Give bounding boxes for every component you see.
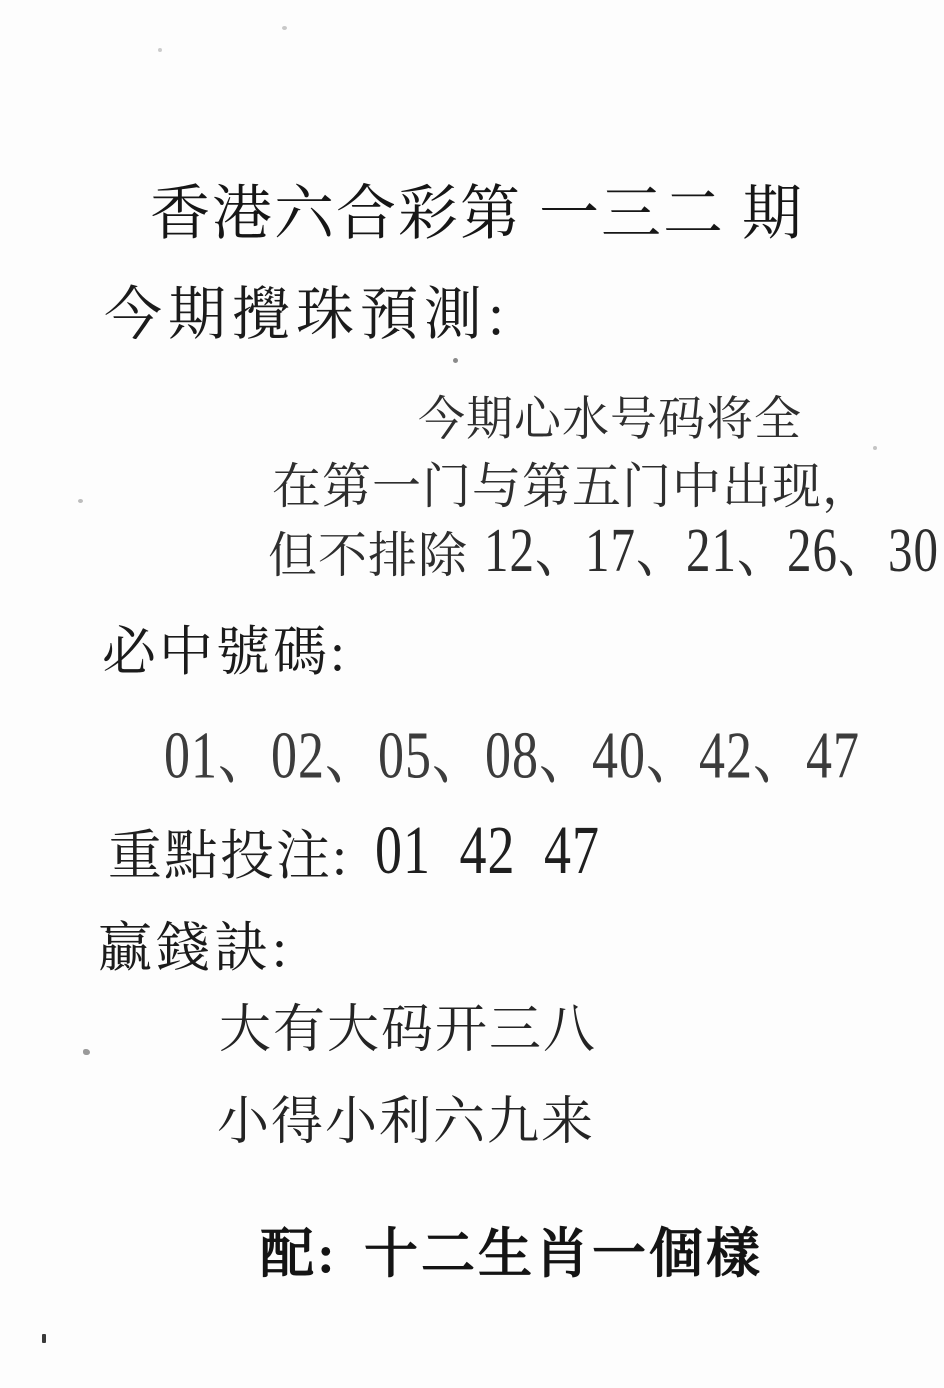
scan-speck	[42, 1334, 46, 1343]
scan-speck	[453, 358, 458, 363]
lottery-forecast-page: 香港六合彩第 一三二 期 今期攪珠預測: 今期心水号码将全 在第一门与第五门中出…	[0, 0, 944, 1388]
winning-formula-label: 贏錢訣:	[98, 918, 291, 978]
key-bet-label: 重點投注:	[108, 826, 349, 886]
zodiac-match-text: 十二生肖一個樣	[364, 1224, 763, 1284]
forecast-heading: 今期攪珠預測:	[104, 283, 510, 348]
zodiac-match-row: 配:十二生肖一個樣	[260, 1224, 763, 1284]
forecast-line-2: 在第一门与第五门中出现，	[272, 460, 872, 515]
sure-hit-numbers-row: 01、02、05、08、40、42、47	[164, 734, 860, 792]
scan-speck	[873, 446, 877, 450]
sure-hit-label: 必中號碼:	[102, 622, 348, 682]
page-title: 香港六合彩第 一三二 期	[150, 181, 804, 248]
winning-formula-line-1: 大有大码开三八	[219, 1002, 597, 1060]
scan-speck	[78, 499, 83, 503]
forecast-line-1: 今期心水号码将全	[418, 394, 802, 447]
key-bet-row: 重點投注:01 42 47	[108, 826, 600, 886]
forecast-line-3: 但不排除12、17、21、26、30	[268, 529, 939, 584]
forecast-line-3-text: 但不排除	[268, 528, 468, 583]
forecast-line-3-numbers: 12、17、21、26、30	[484, 516, 939, 586]
sure-hit-numbers: 01、02、05、08、40、42、47	[164, 720, 860, 795]
scan-speck	[83, 1049, 90, 1055]
winning-formula-line-2: 小得小利六九来	[217, 1094, 595, 1152]
zodiac-match-label: 配:	[260, 1224, 338, 1284]
scan-speck	[158, 48, 162, 52]
key-bet-numbers: 01 42 47	[375, 812, 600, 889]
scan-speck	[282, 26, 287, 30]
